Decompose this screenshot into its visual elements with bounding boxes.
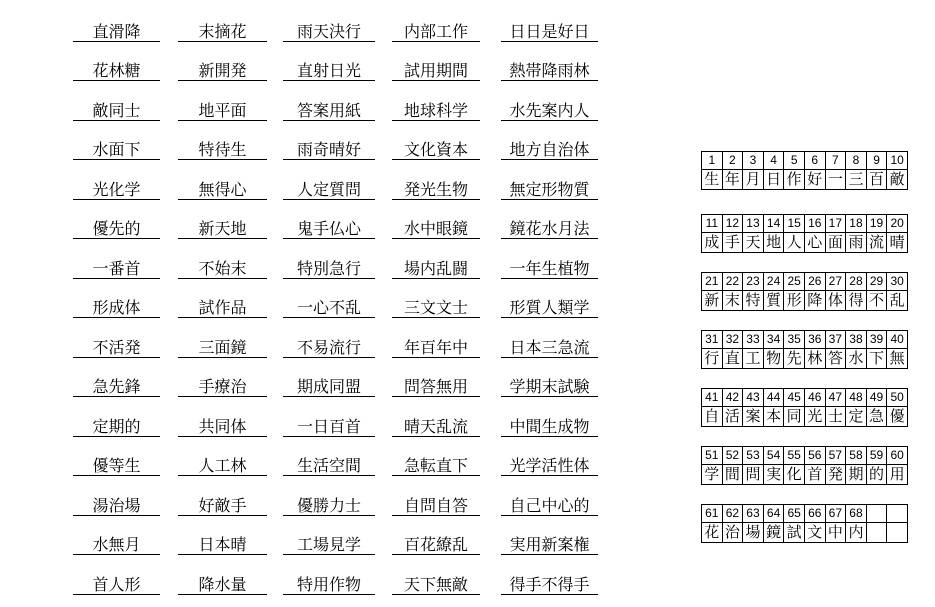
kanji-bank-block-5: 41424344454647484950自活案本同光士定急優 <box>701 388 908 427</box>
word-text: 雨奇晴好 <box>297 143 361 159</box>
word-text: 鬼手仏心 <box>297 222 361 238</box>
word-text: 三面鏡 <box>198 341 246 357</box>
bank-cell-number: 61 <box>702 505 723 523</box>
word-text: 直滑降 <box>92 25 140 41</box>
bank-cell-kanji: 活 <box>722 407 743 427</box>
word-text: 形成体 <box>92 301 140 317</box>
word-text: 日本晴 <box>198 538 246 554</box>
bank-cell-number: 11 <box>702 215 723 233</box>
bank-cell-number: 64 <box>763 505 784 523</box>
word-text: 一心不乱 <box>297 301 361 317</box>
bank-cell-kanji: 的 <box>866 465 887 485</box>
word-text: 人工林 <box>198 459 246 475</box>
word-blank: 工場見学 <box>283 516 375 556</box>
bank-cell-kanji: 物 <box>763 349 784 369</box>
bank-cell-kanji: 治 <box>722 523 743 543</box>
word-text: 自己中心的 <box>509 499 589 515</box>
bank-cell-kanji: 地 <box>763 233 784 253</box>
word-text: 文化資本 <box>404 143 468 159</box>
bank-cell-number: 24 <box>763 273 784 291</box>
bank-cell-number: 21 <box>702 273 723 291</box>
bank-cell-kanji: 急 <box>866 407 887 427</box>
bank-cell-number: 35 <box>784 331 805 349</box>
word-text: 三文文士 <box>404 301 468 317</box>
bank-cell-number: 57 <box>825 447 846 465</box>
bank-cell-number: 65 <box>784 505 805 523</box>
bank-cell-number: 5 <box>784 152 805 170</box>
bank-cell-number: 43 <box>743 389 764 407</box>
word-text: 新天地 <box>198 222 246 238</box>
word-text: 日日是好日 <box>509 25 589 41</box>
word-text: 水面下 <box>92 143 140 159</box>
bank-cell-number: 22 <box>722 273 743 291</box>
word-text: 末摘花 <box>198 25 246 41</box>
bank-cell-kanji: 優 <box>887 407 908 427</box>
word-text: 工場見学 <box>297 538 361 554</box>
bank-cell-number: 9 <box>866 152 887 170</box>
bank-cell-number: 54 <box>763 447 784 465</box>
bank-cell-kanji: 答 <box>825 349 846 369</box>
bank-cell-kanji: 首 <box>804 465 825 485</box>
bank-cell-number: 7 <box>825 152 846 170</box>
bank-cell-kanji: 新 <box>702 291 723 311</box>
bank-cell-number: 17 <box>825 215 846 233</box>
kanji-bank-block-4: 31323334353637383940行直工物先林答水下無 <box>701 330 908 369</box>
word-blank: 年百年中 <box>392 318 480 358</box>
bank-cell-number: 37 <box>825 331 846 349</box>
word-text: 日本三急流 <box>509 341 589 357</box>
bank-cell-kanji: 自 <box>702 407 723 427</box>
bank-cell-kanji: 水 <box>846 349 867 369</box>
bank-cell-kanji: 得 <box>846 291 867 311</box>
word-text: 試用期間 <box>404 64 468 80</box>
bank-cell-kanji: 下 <box>866 349 887 369</box>
bank-cell-number: 41 <box>702 389 723 407</box>
bank-cell-kanji: 手 <box>722 233 743 253</box>
bank-cell-kanji: 本 <box>763 407 784 427</box>
word-text: 場内乱闘 <box>404 262 468 278</box>
bank-cell-kanji: 試 <box>784 523 805 543</box>
word-blank: 降水量 <box>178 555 267 595</box>
word-blank: 学期末試験 <box>501 358 598 398</box>
word-text: 試作品 <box>198 301 246 317</box>
word-blank: 得手不得手 <box>501 555 598 595</box>
word-text: 手療治 <box>198 380 246 396</box>
bank-cell-number: 53 <box>743 447 764 465</box>
word-text: 鏡花水月法 <box>509 222 589 238</box>
bank-cell-number: 60 <box>887 447 908 465</box>
word-blank: 鏡花水月法 <box>501 200 598 240</box>
word-text: 水無月 <box>92 538 140 554</box>
bank-cell-kanji <box>887 523 908 543</box>
bank-cell-kanji: 化 <box>784 465 805 485</box>
word-blank: 末摘花 <box>178 2 267 42</box>
bank-cell-number <box>866 505 887 523</box>
word-blank: 地方自治体 <box>501 121 598 161</box>
bank-cell-kanji: 案 <box>743 407 764 427</box>
bank-cell-number: 39 <box>866 331 887 349</box>
word-blank: 手療治 <box>178 358 267 398</box>
word-blank: 一心不乱 <box>283 279 375 319</box>
bank-cell-kanji: 晴 <box>887 233 908 253</box>
word-blank: 湯治場 <box>73 476 160 516</box>
word-blank: 首人形 <box>73 555 160 595</box>
word-column-4: 内部工作試用期間地球科学文化資本発光生物水中眼鏡場内乱闘三文文士年百年中問答無用… <box>392 2 480 595</box>
bank-cell-number: 48 <box>846 389 867 407</box>
bank-cell-number: 38 <box>846 331 867 349</box>
bank-cell-kanji: 間 <box>722 465 743 485</box>
bank-cell-number: 45 <box>784 389 805 407</box>
word-blank: 水先案内人 <box>501 81 598 121</box>
bank-cell-kanji: 流 <box>866 233 887 253</box>
bank-cell-kanji: 鏡 <box>763 523 784 543</box>
word-blank: 百花繚乱 <box>392 516 480 556</box>
word-blank: 日本晴 <box>178 516 267 556</box>
word-blank: 試用期間 <box>392 42 480 82</box>
word-blank: 天下無敵 <box>392 555 480 595</box>
word-blank: 急転直下 <box>392 437 480 477</box>
word-text: 不活発 <box>92 341 140 357</box>
word-blank: 雨天決行 <box>283 2 375 42</box>
word-text: 実用新案権 <box>509 538 589 554</box>
word-text: 中間生成物 <box>509 420 589 436</box>
word-text: 優等生 <box>92 459 140 475</box>
bank-cell-number: 44 <box>763 389 784 407</box>
word-text: 優先的 <box>92 222 140 238</box>
word-text: 光化学 <box>92 183 140 199</box>
word-blank: 期成同盟 <box>283 358 375 398</box>
word-blank: 生活空間 <box>283 437 375 477</box>
bank-cell-kanji: 用 <box>887 465 908 485</box>
word-text: 天下無敵 <box>404 578 468 594</box>
word-blank: 晴天乱流 <box>392 397 480 437</box>
word-text: 水中眼鏡 <box>404 222 468 238</box>
word-blank: 内部工作 <box>392 2 480 42</box>
bank-cell-number: 20 <box>887 215 908 233</box>
word-text: 花林糖 <box>92 64 140 80</box>
word-blank: 水中眼鏡 <box>392 200 480 240</box>
word-blank: 答案用紙 <box>283 81 375 121</box>
kanji-bank-block-7: 6162636465666768花治場鏡試文中内 <box>701 504 908 543</box>
word-column-5: 日日是好日熱帯降雨林水先案内人地方自治体無定形物質鏡花水月法一年生植物形質人類学… <box>501 2 598 595</box>
bank-cell-number: 29 <box>866 273 887 291</box>
word-blank: 不始末 <box>178 239 267 279</box>
bank-cell-number: 18 <box>846 215 867 233</box>
bank-cell-number: 26 <box>804 273 825 291</box>
word-text: 急転直下 <box>404 459 468 475</box>
bank-cell-kanji: 期 <box>846 465 867 485</box>
word-text: 期成同盟 <box>297 380 361 396</box>
word-text: 学期末試験 <box>509 380 589 396</box>
word-blank: 敵同士 <box>73 81 160 121</box>
word-blank: 一日百首 <box>283 397 375 437</box>
word-blank: 三面鏡 <box>178 318 267 358</box>
bank-cell-number: 34 <box>763 331 784 349</box>
bank-cell-kanji: 場 <box>743 523 764 543</box>
word-blank: 自己中心的 <box>501 476 598 516</box>
word-blank: 優先的 <box>73 200 160 240</box>
word-text: 晴天乱流 <box>404 420 468 436</box>
bank-cell-kanji: 先 <box>784 349 805 369</box>
bank-cell-kanji: 不 <box>866 291 887 311</box>
word-column-2: 末摘花新開発地平面特待生無得心新天地不始末試作品三面鏡手療治共同体人工林好敵手日… <box>178 2 267 595</box>
worksheet-page: 直滑降花林糖敵同士水面下光化学優先的一番首形成体不活発急先鋒定期的優等生湯治場水… <box>0 0 935 607</box>
word-text: 共同体 <box>198 420 246 436</box>
word-blank: 新開発 <box>178 42 267 82</box>
bank-cell-kanji: 形 <box>784 291 805 311</box>
word-blank: 日日是好日 <box>501 2 598 42</box>
word-blank: 無定形物質 <box>501 160 598 200</box>
word-blank: 共同体 <box>178 397 267 437</box>
word-text: 年百年中 <box>404 341 468 357</box>
bank-cell-kanji: 乱 <box>887 291 908 311</box>
word-blank: 三文文士 <box>392 279 480 319</box>
word-blank: 実用新案権 <box>501 516 598 556</box>
word-blank: 直滑降 <box>73 2 160 42</box>
word-blank: 形質人類学 <box>501 279 598 319</box>
word-text: 得手不得手 <box>509 578 589 594</box>
bank-cell-number: 10 <box>887 152 908 170</box>
bank-cell-number: 40 <box>887 331 908 349</box>
word-blank: 水面下 <box>73 121 160 161</box>
bank-cell-number: 30 <box>887 273 908 291</box>
word-blank: 人定質問 <box>283 160 375 200</box>
word-text: 優勝力士 <box>297 499 361 515</box>
word-text: 光学活性体 <box>509 459 589 475</box>
word-text: 敵同士 <box>92 104 140 120</box>
word-blank: 日本三急流 <box>501 318 598 358</box>
word-text: 一日百首 <box>297 420 361 436</box>
bank-cell-number: 33 <box>743 331 764 349</box>
bank-cell-number: 19 <box>866 215 887 233</box>
bank-cell-kanji: 降 <box>804 291 825 311</box>
word-text: 特別急行 <box>297 262 361 278</box>
word-blank: 自問自答 <box>392 476 480 516</box>
word-blank: 発光生物 <box>392 160 480 200</box>
bank-cell-kanji: 末 <box>722 291 743 311</box>
bank-cell-number: 28 <box>846 273 867 291</box>
word-text: 水先案内人 <box>509 104 589 120</box>
bank-cell-kanji: 内 <box>846 523 867 543</box>
bank-cell-kanji: 敵 <box>887 170 908 190</box>
bank-cell-kanji: 学 <box>702 465 723 485</box>
bank-cell-kanji <box>866 523 887 543</box>
word-text: 急先鋒 <box>92 380 140 396</box>
bank-cell-kanji: 行 <box>702 349 723 369</box>
bank-cell-kanji: 生 <box>702 170 723 190</box>
bank-cell-kanji: 三 <box>846 170 867 190</box>
bank-cell-kanji: 面 <box>825 233 846 253</box>
bank-cell-kanji: 年 <box>722 170 743 190</box>
word-blank: 一年生植物 <box>501 239 598 279</box>
word-text: 一番首 <box>92 262 140 278</box>
word-text: 内部工作 <box>404 25 468 41</box>
word-blank: 不易流行 <box>283 318 375 358</box>
bank-cell-kanji: 特 <box>743 291 764 311</box>
word-blank: 花林糖 <box>73 42 160 82</box>
word-text: 首人形 <box>92 578 140 594</box>
word-blank: 光化学 <box>73 160 160 200</box>
bank-cell-number: 32 <box>722 331 743 349</box>
bank-cell-kanji: 心 <box>804 233 825 253</box>
word-blank: 無得心 <box>178 160 267 200</box>
bank-cell-number: 58 <box>846 447 867 465</box>
bank-cell-number: 68 <box>846 505 867 523</box>
bank-cell-kanji: 体 <box>825 291 846 311</box>
word-text: 新開発 <box>198 64 246 80</box>
bank-cell-number: 23 <box>743 273 764 291</box>
word-text: 地平面 <box>198 104 246 120</box>
kanji-bank-block-2: 11121314151617181920成手天地人心面雨流晴 <box>701 214 908 253</box>
bank-cell-kanji: 百 <box>866 170 887 190</box>
word-text: 生活空間 <box>297 459 361 475</box>
word-blank: 定期的 <box>73 397 160 437</box>
bank-cell-kanji: 一 <box>825 170 846 190</box>
word-blank: 急先鋒 <box>73 358 160 398</box>
bank-cell-kanji: 成 <box>702 233 723 253</box>
bank-cell-kanji: 質 <box>763 291 784 311</box>
word-blank: 形成体 <box>73 279 160 319</box>
bank-cell-number: 3 <box>743 152 764 170</box>
word-text: 好敵手 <box>198 499 246 515</box>
bank-cell-number: 16 <box>804 215 825 233</box>
bank-cell-kanji: 発 <box>825 465 846 485</box>
bank-cell-number: 67 <box>825 505 846 523</box>
word-text: 不易流行 <box>297 341 361 357</box>
word-blank: 特別急行 <box>283 239 375 279</box>
bank-cell-number: 13 <box>743 215 764 233</box>
word-text: 地球科学 <box>404 104 468 120</box>
bank-cell-number: 15 <box>784 215 805 233</box>
kanji-bank: 12345678910生年月日作好一三百敵1112131415161718192… <box>701 151 908 562</box>
word-blank: 特用作物 <box>283 555 375 595</box>
bank-cell-number: 14 <box>763 215 784 233</box>
word-text: 不始末 <box>198 262 246 278</box>
word-text: 人定質問 <box>297 183 361 199</box>
bank-cell-number: 1 <box>702 152 723 170</box>
word-blank: 鬼手仏心 <box>283 200 375 240</box>
bank-cell-number: 12 <box>722 215 743 233</box>
bank-cell-kanji: 中 <box>825 523 846 543</box>
kanji-bank-block-1: 12345678910生年月日作好一三百敵 <box>701 151 908 190</box>
word-text: 熱帯降雨林 <box>509 64 589 80</box>
bank-cell-number: 56 <box>804 447 825 465</box>
bank-cell-kanji: 直 <box>722 349 743 369</box>
bank-cell-number: 42 <box>722 389 743 407</box>
bank-cell-number: 66 <box>804 505 825 523</box>
bank-cell-kanji: 好 <box>804 170 825 190</box>
bank-cell-number: 55 <box>784 447 805 465</box>
bank-cell-number: 46 <box>804 389 825 407</box>
bank-cell-kanji: 林 <box>804 349 825 369</box>
word-blank: 中間生成物 <box>501 397 598 437</box>
word-blank: 問答無用 <box>392 358 480 398</box>
word-blank: 場内乱闘 <box>392 239 480 279</box>
bank-cell-kanji: 同 <box>784 407 805 427</box>
bank-cell-kanji: 人 <box>784 233 805 253</box>
word-blank: 文化資本 <box>392 121 480 161</box>
word-text: 一年生植物 <box>509 262 589 278</box>
bank-cell-number: 49 <box>866 389 887 407</box>
word-blank: 直射日光 <box>283 42 375 82</box>
bank-cell-kanji: 無 <box>887 349 908 369</box>
word-text: 特用作物 <box>297 578 361 594</box>
word-column-3: 雨天決行直射日光答案用紙雨奇晴好人定質問鬼手仏心特別急行一心不乱不易流行期成同盟… <box>283 2 375 595</box>
bank-cell-number: 62 <box>722 505 743 523</box>
word-text: 直射日光 <box>297 64 361 80</box>
word-blank: 熱帯降雨林 <box>501 42 598 82</box>
word-blank: 光学活性体 <box>501 437 598 477</box>
word-blank: 水無月 <box>73 516 160 556</box>
bank-cell-kanji: 作 <box>784 170 805 190</box>
word-blank: 試作品 <box>178 279 267 319</box>
word-text: 定期的 <box>92 420 140 436</box>
word-text: 問答無用 <box>404 380 468 396</box>
bank-cell-kanji: 問 <box>743 465 764 485</box>
word-blank: 地球科学 <box>392 81 480 121</box>
word-blank: 優等生 <box>73 437 160 477</box>
bank-cell-kanji: 天 <box>743 233 764 253</box>
word-text: 雨天決行 <box>297 25 361 41</box>
word-blank: 一番首 <box>73 239 160 279</box>
word-blank: 優勝力士 <box>283 476 375 516</box>
word-blank: 人工林 <box>178 437 267 477</box>
bank-cell-number: 47 <box>825 389 846 407</box>
bank-cell-kanji: 文 <box>804 523 825 543</box>
bank-cell-number: 27 <box>825 273 846 291</box>
bank-cell-number: 36 <box>804 331 825 349</box>
bank-cell-number: 51 <box>702 447 723 465</box>
word-text: 形質人類学 <box>509 301 589 317</box>
word-text: 降水量 <box>198 578 246 594</box>
bank-cell-number: 8 <box>846 152 867 170</box>
word-text: 無得心 <box>198 183 246 199</box>
word-blank: 雨奇晴好 <box>283 121 375 161</box>
bank-cell-kanji: 月 <box>743 170 764 190</box>
word-text: 地方自治体 <box>509 143 589 159</box>
bank-cell-number: 59 <box>866 447 887 465</box>
word-blank: 特待生 <box>178 121 267 161</box>
word-text: 答案用紙 <box>297 104 361 120</box>
word-text: 無定形物質 <box>509 183 589 199</box>
kanji-bank-block-6: 51525354555657585960学間問実化首発期的用 <box>701 446 908 485</box>
word-text: 特待生 <box>198 143 246 159</box>
kanji-bank-block-3: 21222324252627282930新末特質形降体得不乱 <box>701 272 908 311</box>
bank-cell-number: 2 <box>722 152 743 170</box>
word-blank: 好敵手 <box>178 476 267 516</box>
word-blank: 新天地 <box>178 200 267 240</box>
bank-cell-number: 52 <box>722 447 743 465</box>
bank-cell-number: 31 <box>702 331 723 349</box>
bank-cell-number: 4 <box>763 152 784 170</box>
bank-cell-kanji: 工 <box>743 349 764 369</box>
bank-cell-kanji: 実 <box>763 465 784 485</box>
word-blank: 不活発 <box>73 318 160 358</box>
bank-cell-number <box>887 505 908 523</box>
bank-cell-kanji: 日 <box>763 170 784 190</box>
bank-cell-kanji: 定 <box>846 407 867 427</box>
bank-cell-number: 25 <box>784 273 805 291</box>
bank-cell-number: 6 <box>804 152 825 170</box>
word-text: 百花繚乱 <box>404 538 468 554</box>
word-text: 自問自答 <box>404 499 468 515</box>
word-text: 発光生物 <box>404 183 468 199</box>
bank-cell-kanji: 花 <box>702 523 723 543</box>
word-blank: 地平面 <box>178 81 267 121</box>
word-column-1: 直滑降花林糖敵同士水面下光化学優先的一番首形成体不活発急先鋒定期的優等生湯治場水… <box>73 2 160 595</box>
bank-cell-number: 50 <box>887 389 908 407</box>
bank-cell-kanji: 雨 <box>846 233 867 253</box>
